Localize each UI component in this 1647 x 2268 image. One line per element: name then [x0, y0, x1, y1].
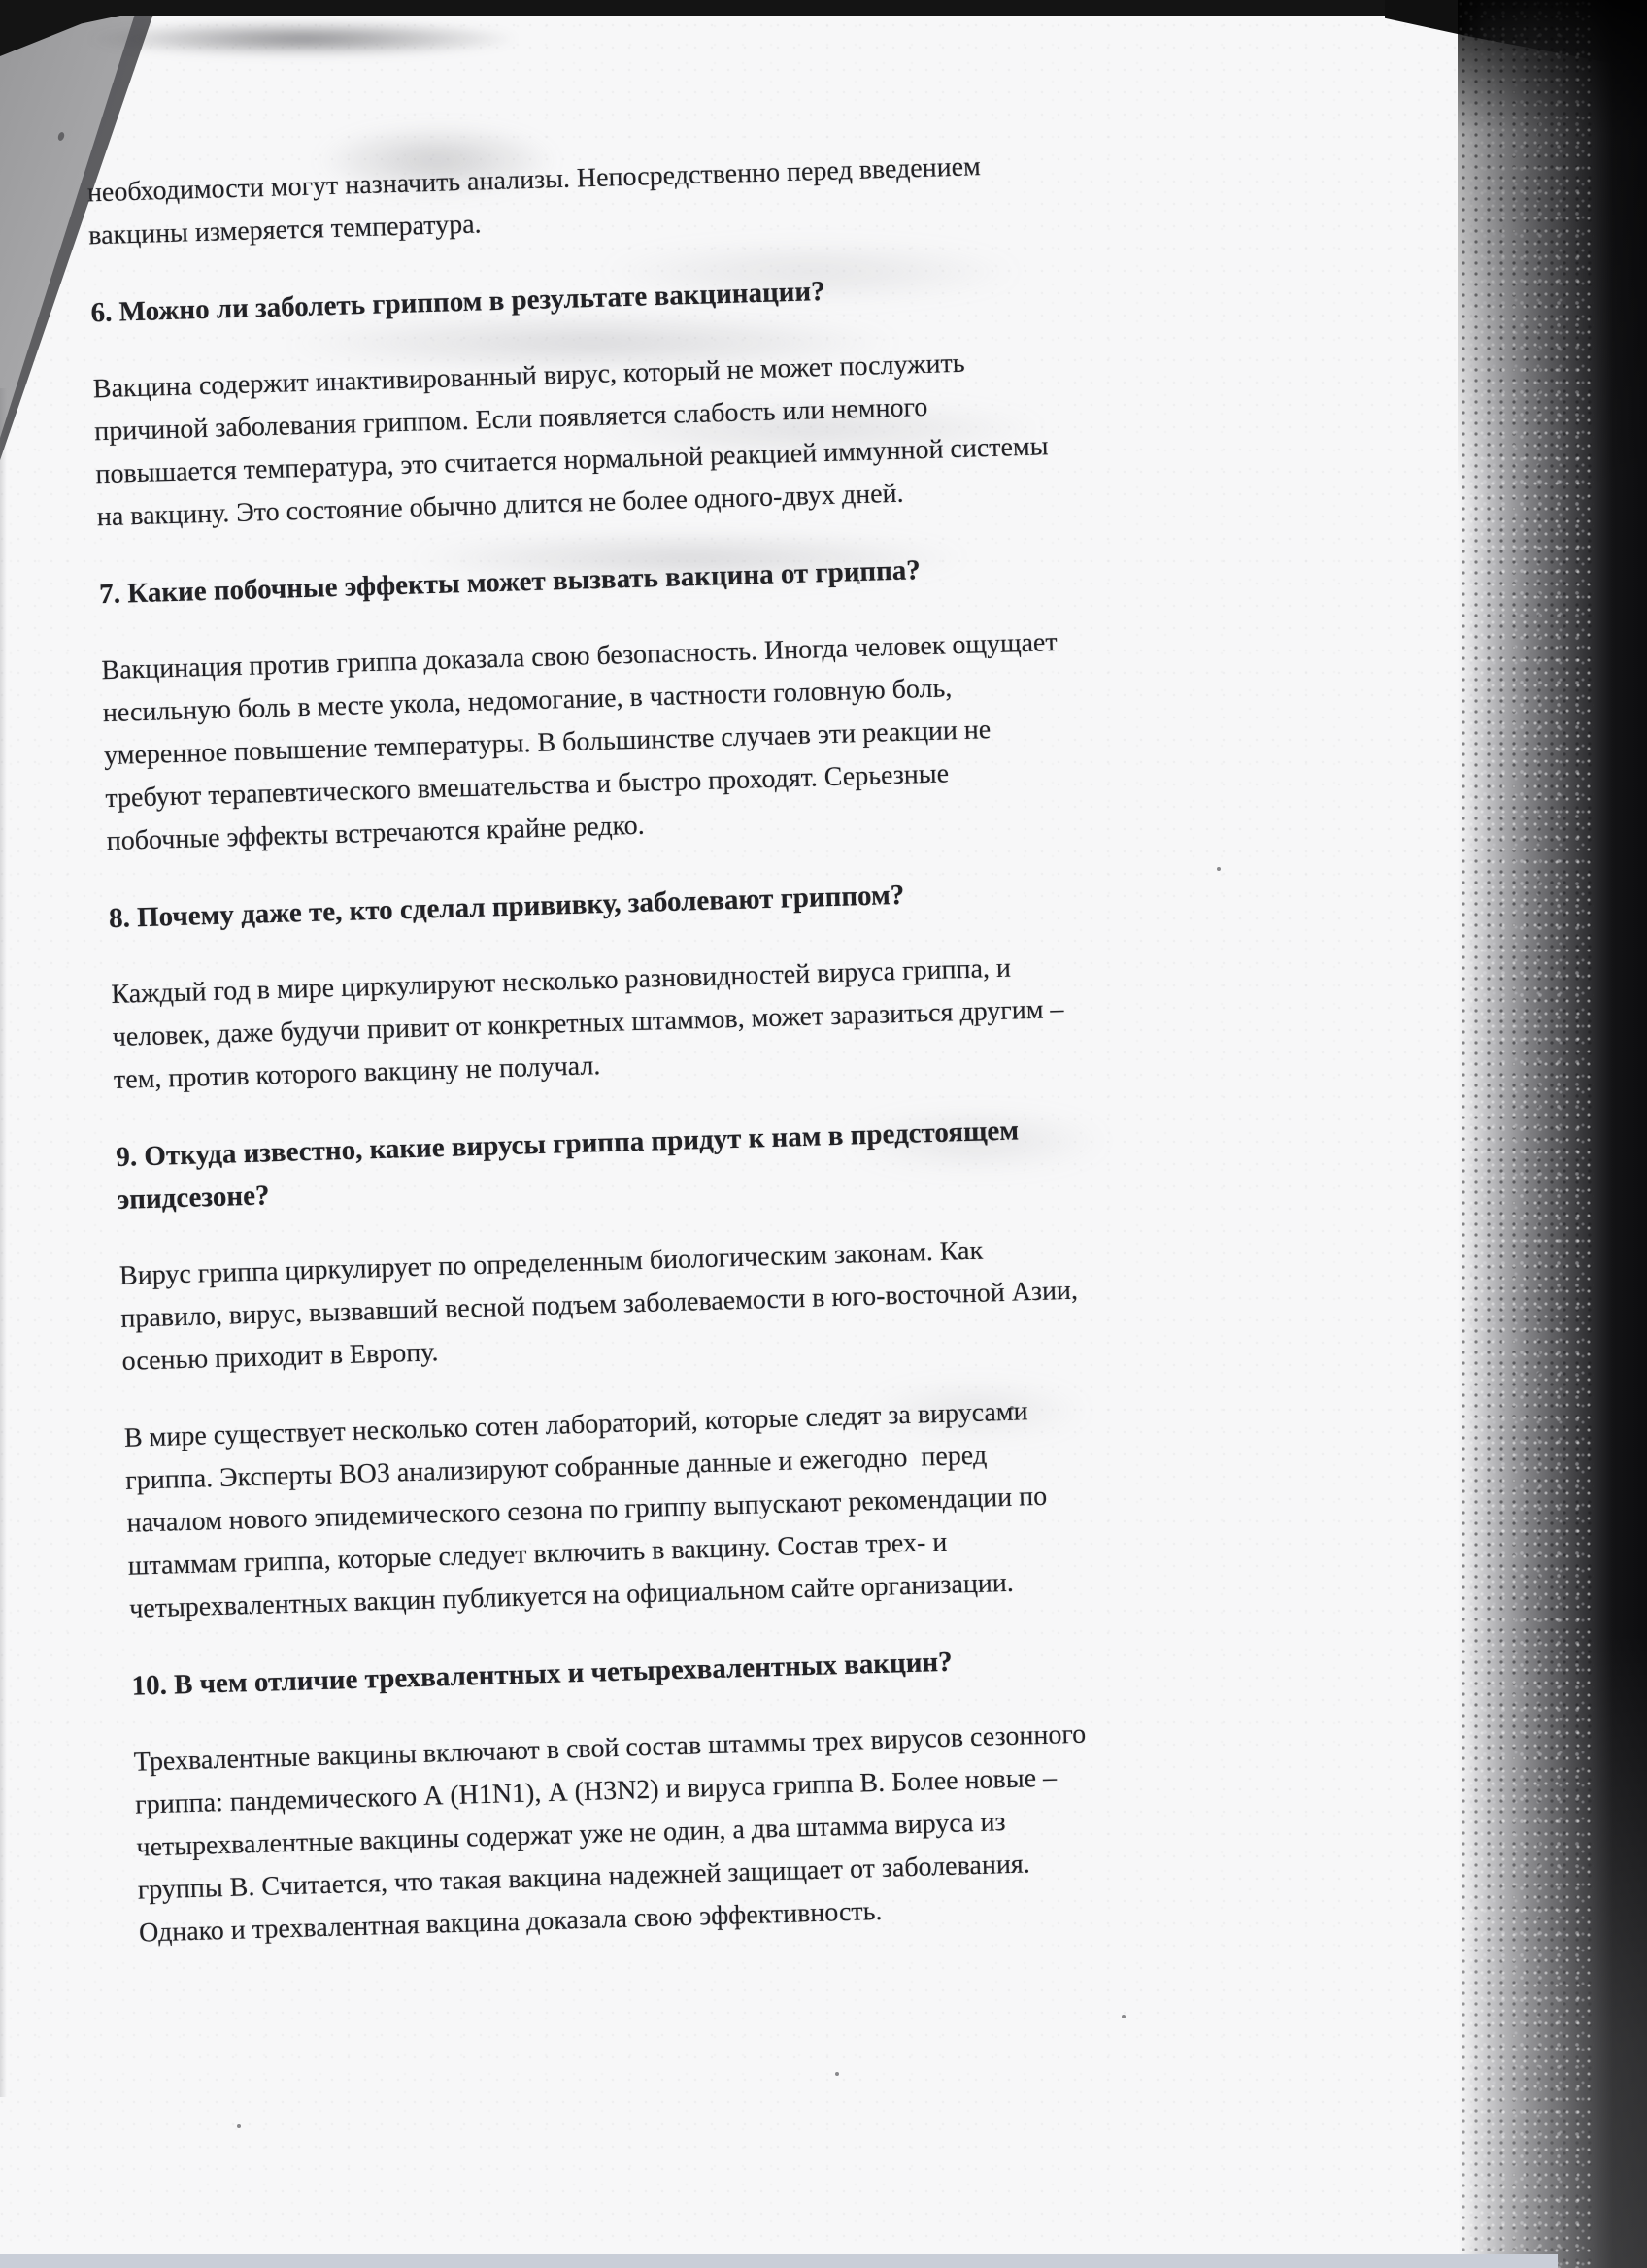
left-edge-shadow	[0, 388, 7, 2097]
scanned-page: необходимости могут назначить анализы. Н…	[0, 0, 1647, 2268]
question-9-answer-paragraph-2: В мире существует несколько сотен лабора…	[123, 1386, 1159, 1630]
question-6-answer: Вакцина содержит инактивированный вирус,…	[92, 338, 1126, 539]
scan-speck	[1217, 867, 1221, 871]
heading-line: 7. Какие побочные эффекты может вызвать …	[99, 543, 1129, 616]
heading-line: 8. Почему даже те, кто сделал прививку, …	[108, 867, 1138, 940]
page-text: необходимости могут назначить анализы. Н…	[0, 0, 1168, 1957]
scan-binding-shadow	[1458, 0, 1647, 2268]
question-8-answer: Каждый год в мире циркулируют несколько …	[111, 944, 1143, 1102]
question-7-answer: Вакцинация против гриппа доказала свою б…	[101, 619, 1136, 863]
scan-speck	[1122, 2015, 1126, 2018]
question-10-answer: Трехвалентные вакцины включают в свой со…	[133, 1711, 1168, 1954]
question-10-heading: 10. В чем отличие трехвалентных и четыре…	[131, 1634, 1161, 1707]
question-9-answer-paragraph-1: Вирус гриппа циркулирует по определенным…	[118, 1224, 1151, 1383]
scan-bottom-strip	[0, 2254, 1558, 2268]
scan-speck	[237, 2124, 241, 2128]
question-9-heading: 9. Откуда известно, какие вирусы гриппа …	[116, 1106, 1147, 1221]
heading-line: 6. Можно ли заболеть гриппом в результат…	[90, 261, 1121, 334]
scan-speck	[835, 2072, 839, 2076]
question-7-heading: 7. Какие побочные эффекты может вызвать …	[99, 543, 1129, 616]
question-6-heading: 6. Можно ли заболеть гриппом в результат…	[90, 261, 1121, 334]
heading-line: 10. В чем отличие трехвалентных и четыре…	[131, 1634, 1161, 1707]
question-8-heading: 8. Почему даже те, кто сделал прививку, …	[108, 867, 1138, 940]
intro-paragraph: необходимости могут назначить анализы. Н…	[86, 142, 1118, 257]
